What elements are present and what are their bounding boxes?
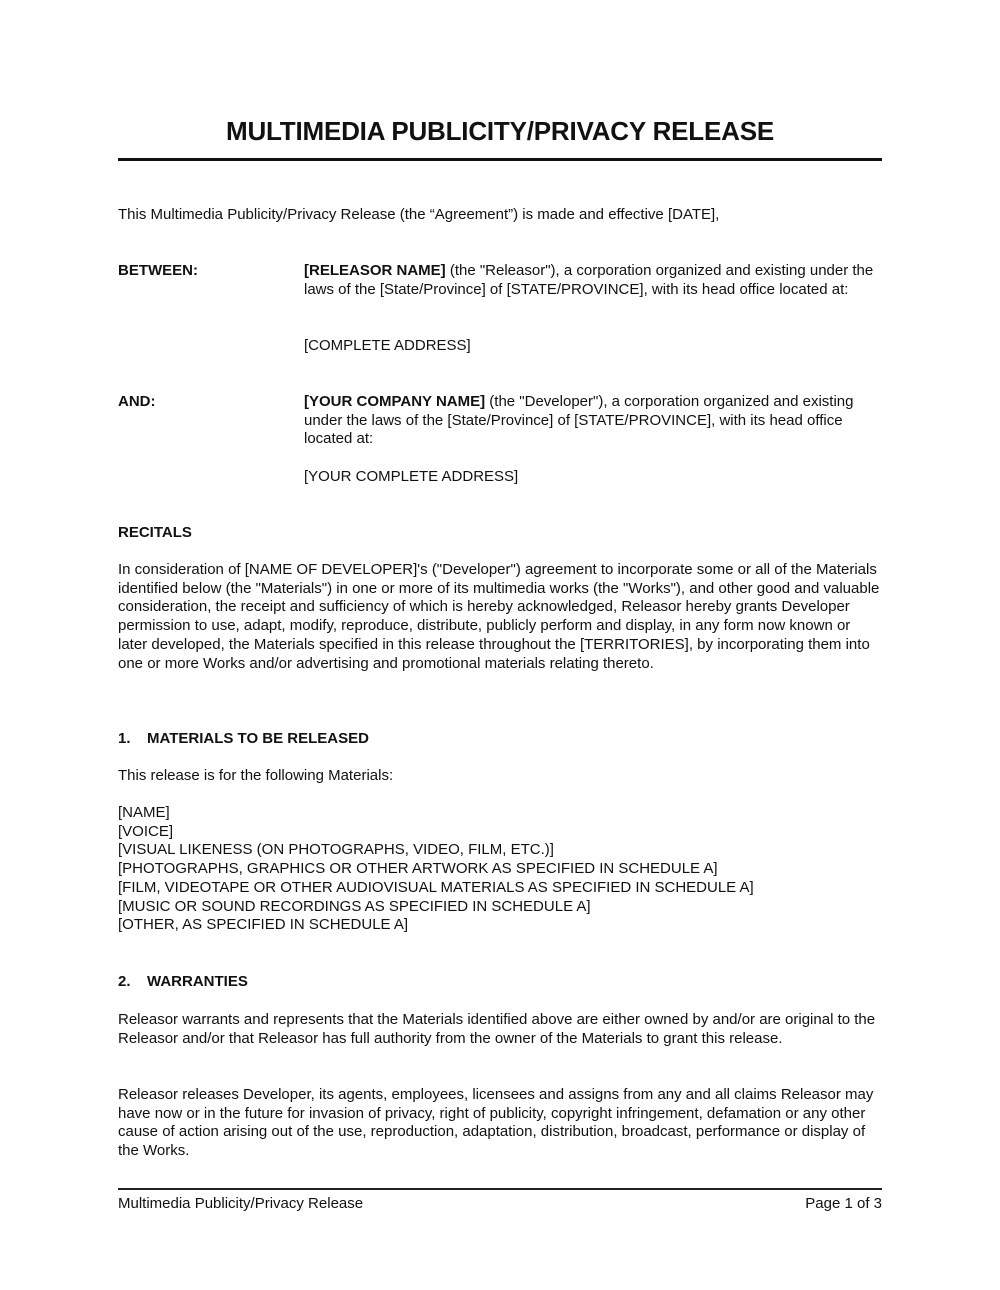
releasor-address: [COMPLETE ADDRESS] xyxy=(304,337,874,356)
materials-list-item: [PHOTOGRAPHS, GRAPHICS OR OTHER ARTWORK … xyxy=(118,860,754,879)
recitals-heading: RECITALS xyxy=(118,524,192,541)
section-2-heading: 2.WARRANTIES xyxy=(118,973,248,990)
document-title: MULTIMEDIA PUBLICITY/PRIVACY RELEASE xyxy=(118,116,882,147)
section-1-number: 1. xyxy=(118,730,147,747)
materials-list-item: [MUSIC OR SOUND RECORDINGS AS SPECIFIED … xyxy=(118,898,754,917)
party-and-details: [YOUR COMPANY NAME] (the "Developer"), a… xyxy=(304,393,874,449)
materials-list-item: [OTHER, AS SPECIFIED IN SCHEDULE A] xyxy=(118,916,754,935)
releasor-name: [RELEASOR NAME] xyxy=(304,262,446,279)
section-2-title: WARRANTIES xyxy=(147,973,248,990)
party-label-and: AND: xyxy=(118,393,156,410)
party-between-details: [RELEASOR NAME] (the "Releasor"), a corp… xyxy=(304,262,874,299)
title-divider xyxy=(118,158,882,161)
footer-page-number: Page 1 of 3 xyxy=(805,1195,882,1212)
recitals-paragraph: In consideration of [NAME OF DEVELOPER]'… xyxy=(118,561,882,673)
section-1-title: MATERIALS TO BE RELEASED xyxy=(147,730,369,747)
materials-list-item: [FILM, VIDEOTAPE OR OTHER AUDIOVISUAL MA… xyxy=(118,879,754,898)
section-1-heading: 1.MATERIALS TO BE RELEASED xyxy=(118,730,369,747)
materials-list: [NAME] [VOICE] [VISUAL LIKENESS (ON PHOT… xyxy=(118,804,754,935)
section-2-number: 2. xyxy=(118,973,147,990)
section-1-intro: This release is for the following Materi… xyxy=(118,767,882,786)
warranties-paragraph-1: Releasor warrants and represents that th… xyxy=(118,1011,882,1048)
intro-paragraph: This Multimedia Publicity/Privacy Releas… xyxy=(118,206,882,225)
company-name: [YOUR COMPANY NAME] xyxy=(304,393,485,410)
company-address: [YOUR COMPLETE ADDRESS] xyxy=(304,468,874,487)
party-label-between: BETWEEN: xyxy=(118,262,198,279)
warranties-paragraph-2: Releasor releases Developer, its agents,… xyxy=(118,1086,882,1161)
footer-document-title: Multimedia Publicity/Privacy Release xyxy=(118,1195,363,1212)
materials-list-item: [VISUAL LIKENESS (ON PHOTOGRAPHS, VIDEO,… xyxy=(118,841,754,860)
footer-divider xyxy=(118,1188,882,1190)
materials-list-item: [VOICE] xyxy=(118,823,754,842)
materials-list-item: [NAME] xyxy=(118,804,754,823)
